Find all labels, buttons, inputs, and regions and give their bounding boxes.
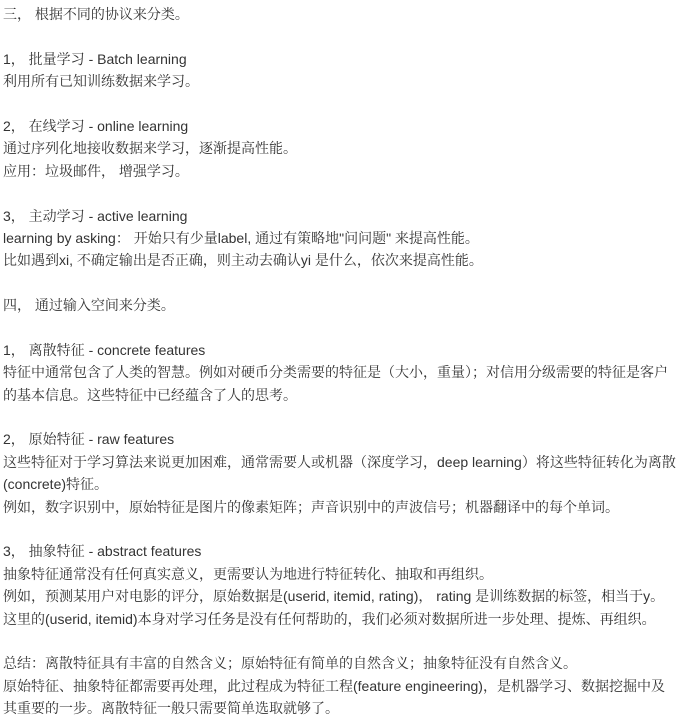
- text-line: 2， 在线学习 - online learning: [3, 115, 679, 137]
- text-line: 应用：垃圾邮件， 增强学习。: [3, 160, 679, 182]
- blank-line: [3, 272, 679, 294]
- text-line: 2， 原始特征 - raw features: [3, 428, 679, 450]
- text-line: 总结：离散特征具有丰富的自然含义；原始特征有简单的自然含义；抽象特征没有自然含义…: [3, 652, 679, 674]
- text-line: 通过序列化地接收数据来学习，逐渐提高性能。: [3, 137, 679, 159]
- text-line: 这里的(userid, itemid)本身对学习任务是没有任何帮助的，我们必须对…: [3, 608, 679, 630]
- text-line: learning by asking： 开始只有少量label, 通过有策略地"…: [3, 227, 679, 249]
- text-line: 其重要的一步。离散特征一般只需要简单选取就够了。: [3, 697, 679, 717]
- text-line: 比如遇到xi, 不确定输出是否正确，则主动去确认yi 是什么，依次来提高性能。: [3, 249, 679, 271]
- blank-line: [3, 518, 679, 540]
- text-line: 四， 通过输入空间来分类。: [3, 294, 679, 316]
- page: { "page": { "background": "#ffffff", "te…: [0, 0, 685, 717]
- blank-line: [3, 316, 679, 338]
- blank-line: [3, 25, 679, 47]
- text-line: 的基本信息。这些特征中已经蕴含了人的思考。: [3, 384, 679, 406]
- text-line: 三， 根据不同的协议来分类。: [3, 3, 679, 25]
- text-line: 原始特征、抽象特征都需要再处理，此过程成为特征工程(feature engine…: [3, 675, 679, 697]
- text-line: 1， 批量学习 - Batch learning: [3, 48, 679, 70]
- text-line: 这些特征对于学习算法来说更加困难，通常需要人或机器（深度学习，deep lear…: [3, 451, 679, 473]
- blank-line: [3, 93, 679, 115]
- text-line: 利用所有已知训练数据来学习。: [3, 70, 679, 92]
- blank-line: [3, 182, 679, 204]
- text-line: (concrete)特征。: [3, 473, 679, 495]
- document-body: 三， 根据不同的协议来分类。1， 批量学习 - Batch learning利用…: [0, 0, 685, 717]
- text-line: 抽象特征通常没有任何真实意义，更需要认为地进行特征转化、抽取和再组织。: [3, 563, 679, 585]
- blank-line: [3, 406, 679, 428]
- text-line: 特征中通常包含了人类的智慧。例如对硬币分类需要的特征是（大小，重量）；对信用分级…: [3, 361, 679, 383]
- text-line: 例如，预测某用户对电影的评分，原始数据是(userid, itemid, rat…: [3, 585, 679, 607]
- text-line: 例如，数字识别中，原始特征是图片的像素矩阵；声音识别中的声波信号；机器翻译中的每…: [3, 496, 679, 518]
- text-line: 3， 主动学习 - active learning: [3, 205, 679, 227]
- text-line: 1， 离散特征 - concrete features: [3, 339, 679, 361]
- blank-line: [3, 630, 679, 652]
- text-line: 3， 抽象特征 - abstract features: [3, 540, 679, 562]
